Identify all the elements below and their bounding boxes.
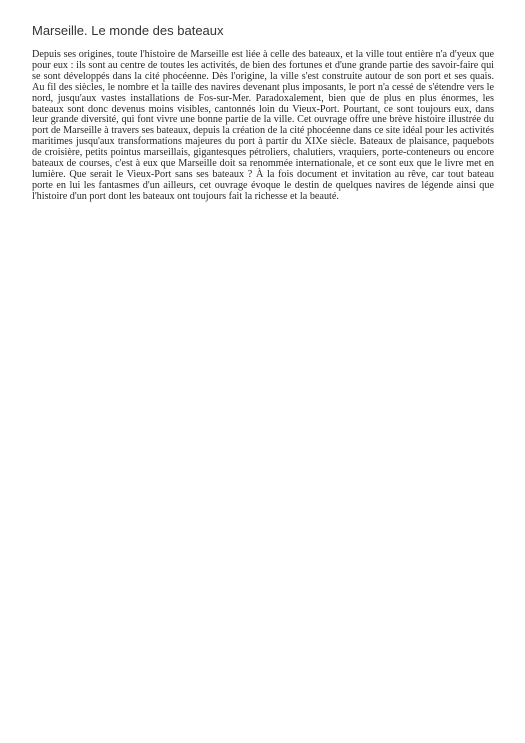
document-paragraph: Depuis ses origines, toute l'histoire de…: [32, 50, 494, 203]
document-page: Marseille. Le monde des bateaux Depuis s…: [32, 22, 494, 203]
document-title: Marseille. Le monde des bateaux: [32, 22, 494, 40]
